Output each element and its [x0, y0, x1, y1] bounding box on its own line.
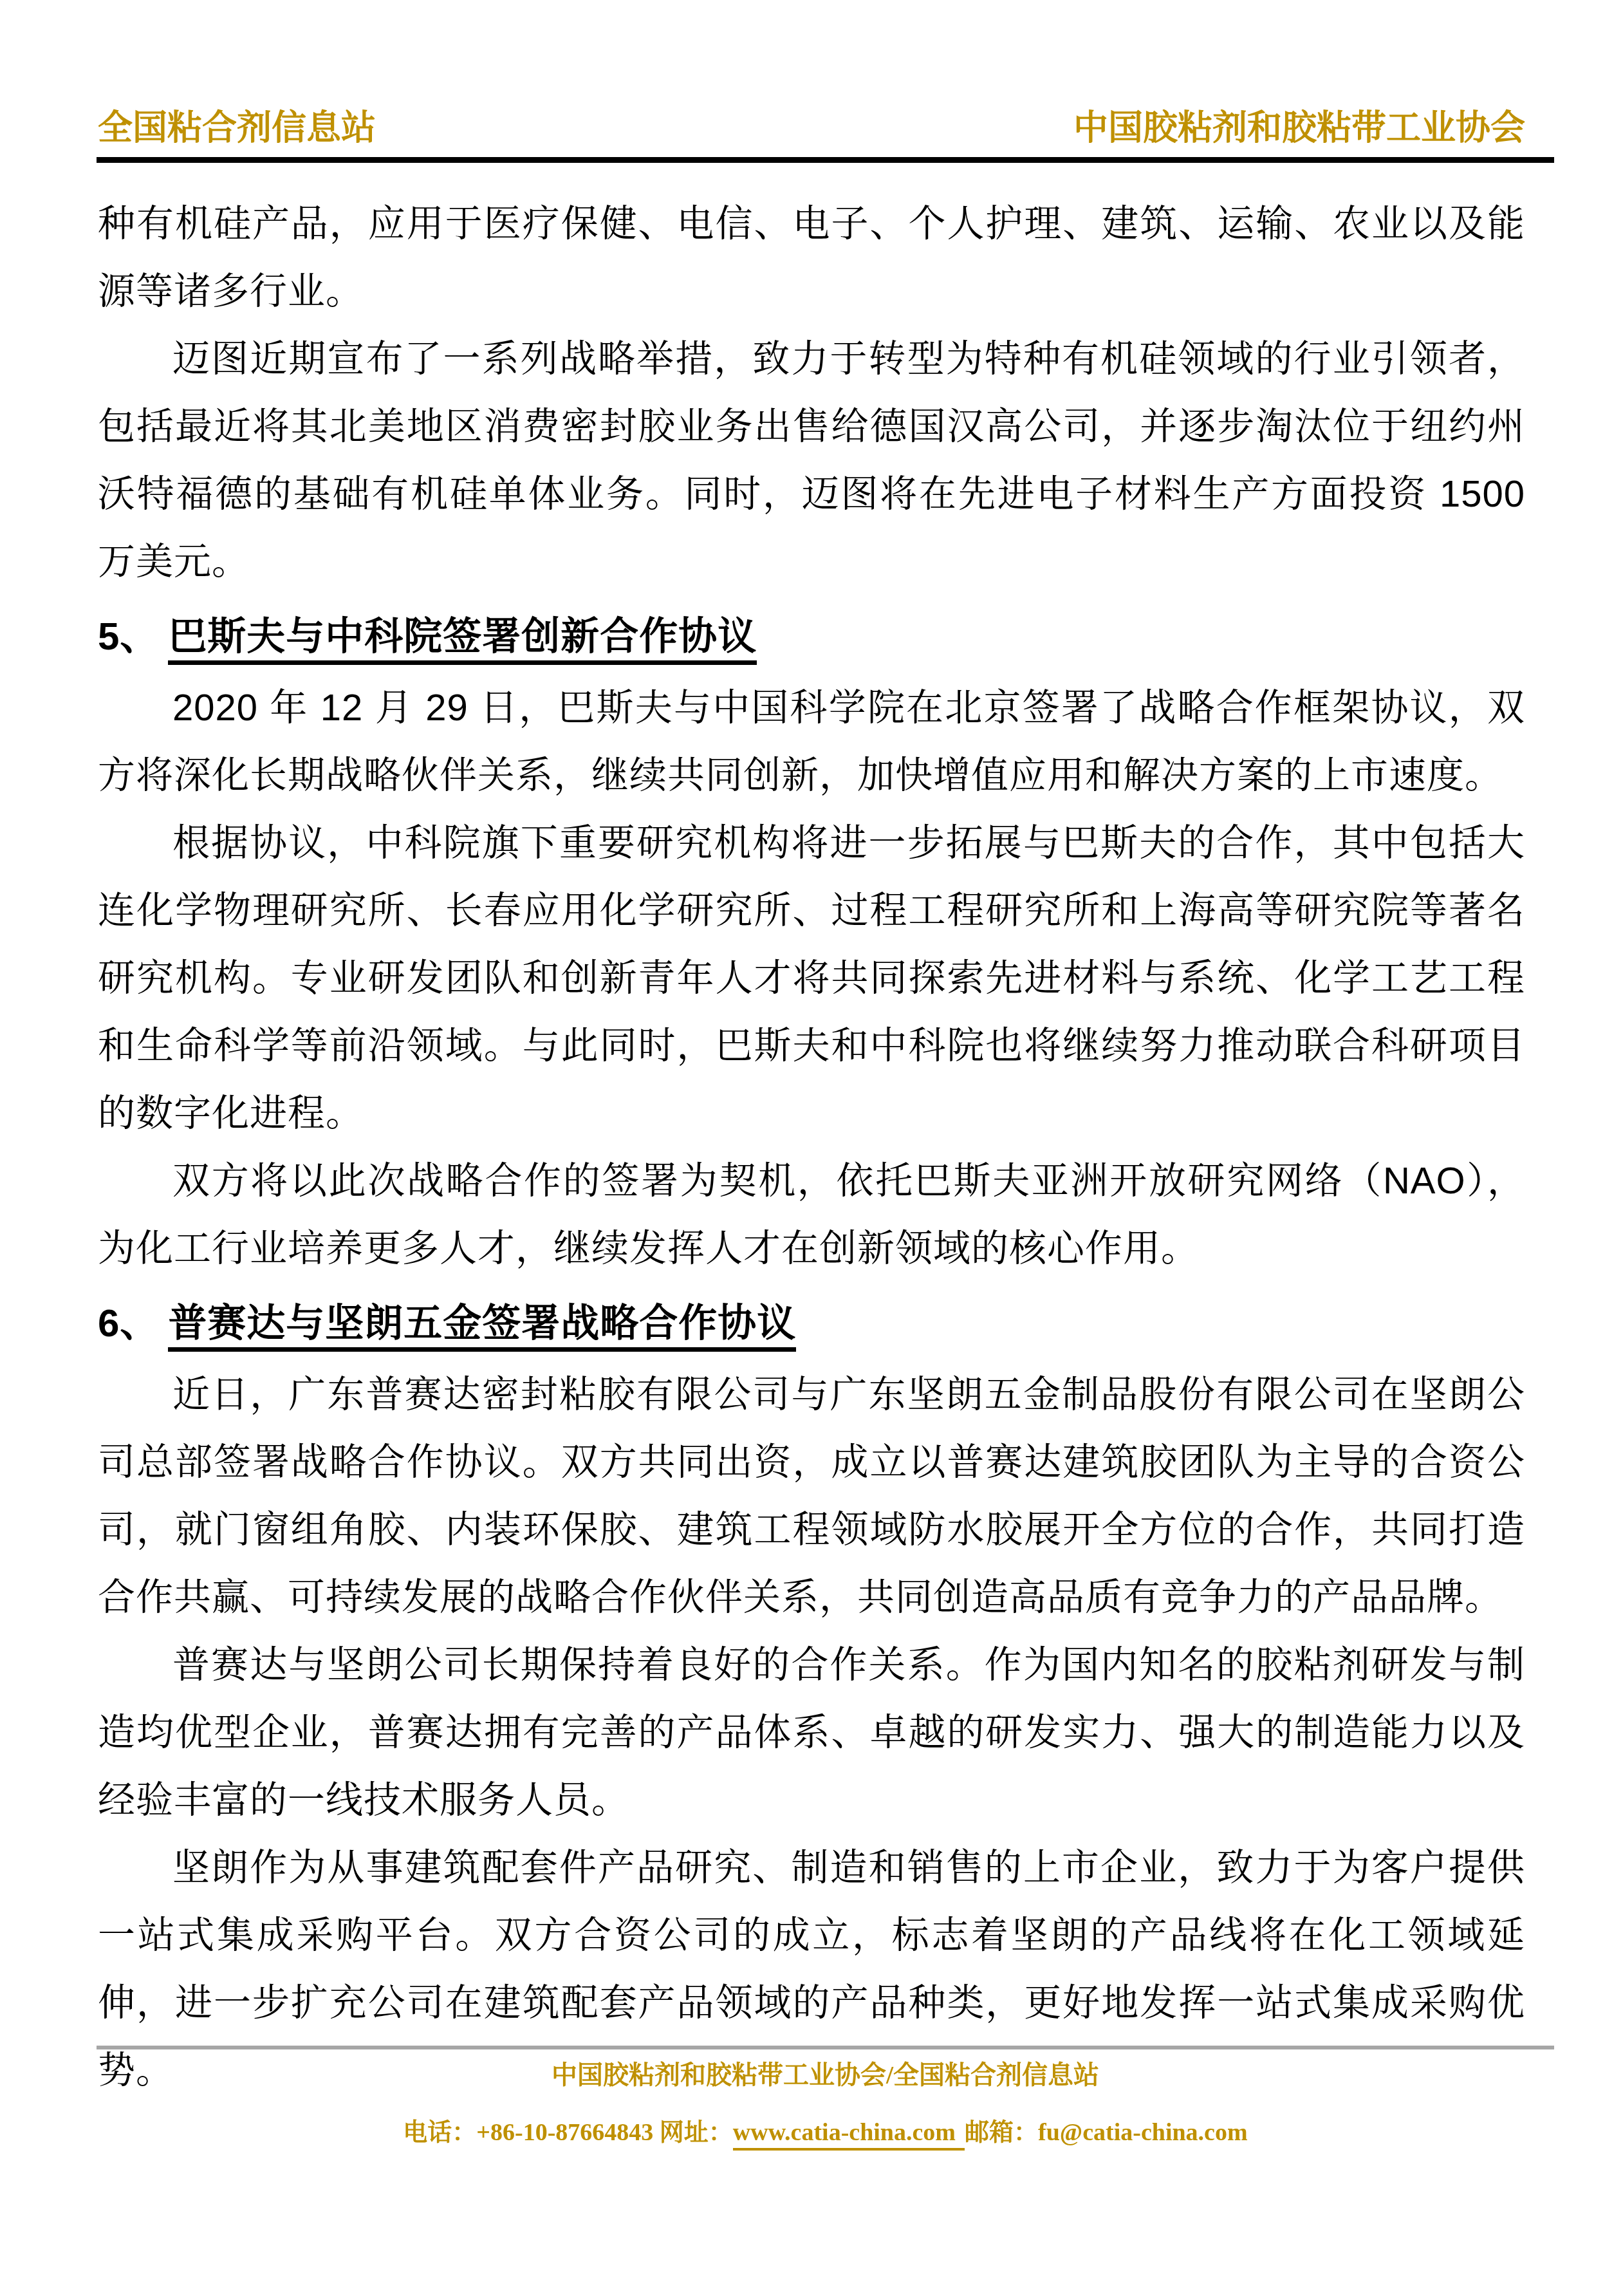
body-paragraph: 近日，广东普赛达密封粘胶有限公司与广东坚朗五金制品股份有限公司在坚朗公司总部签署… — [98, 1361, 1525, 1631]
body-paragraph: 普赛达与坚朗公司长期保持着良好的合作关系。作为国内知名的胶粘剂研发与制造均优型企… — [98, 1631, 1525, 1834]
header-left-title: 全国粘合剂信息站 — [98, 108, 376, 148]
document-body: 种有机硅产品，应用于医疗保健、电信、电子、个人护理、建筑、运输、农业以及能源等诸… — [98, 190, 1525, 2104]
footer-website-link[interactable]: www.catia-china.com — [733, 2119, 965, 2151]
footer-organization-line: 中国胶粘剂和胶粘带工业协会/全国粘合剂信息站 — [97, 2060, 1554, 2091]
page-footer: 中国胶粘剂和胶粘带工业协会/全国粘合剂信息站 电话：+86-10-8766484… — [97, 2046, 1554, 2147]
body-paragraph: 2020 年 12 月 29 日，巴斯夫与中国科学院在北京签署了战略合作框架协议… — [98, 674, 1525, 809]
body-paragraph: 种有机硅产品，应用于医疗保健、电信、电子、个人护理、建筑、运输、农业以及能源等诸… — [98, 190, 1525, 325]
body-paragraph: 根据协议，中科院旗下重要研究机构将进一步拓展与巴斯夫的合作，其中包括大连化学物理… — [98, 809, 1525, 1147]
section-6-title: 普赛达与坚朗五金签署战略合作协议 — [168, 1302, 796, 1352]
footer-contact-line: 电话：+86-10-87664843 网址：www.catia-china.co… — [97, 2118, 1554, 2147]
footer-email-value: fu@catia-china.com — [1038, 2119, 1248, 2146]
header-rule — [97, 157, 1554, 163]
page-header: 全国粘合剂信息站 中国胶粘剂和胶粘带工业协会 — [98, 0, 1525, 148]
header-right-title: 中国胶粘剂和胶粘带工业协会 — [1073, 108, 1525, 148]
body-paragraph: 迈图近期宣布了一系列战略举措，致力于转型为特种有机硅领域的行业引领者，包括最近将… — [98, 325, 1525, 595]
footer-rule — [97, 2046, 1554, 2049]
document-page: 全国粘合剂信息站 中国胶粘剂和胶粘带工业协会 种有机硅产品，应用于医疗保健、电信… — [0, 0, 1623, 2296]
section-5-title: 巴斯夫与中科院签署创新合作协议 — [168, 615, 757, 665]
section-6-number: 6、 — [98, 1302, 159, 1345]
section-6-heading: 6、普赛达与坚朗五金签署战略合作协议 — [98, 1294, 1525, 1353]
body-paragraph: 双方将以此次战略合作的签署为契机，依托巴斯夫亚洲开放研究网络（NAO），为化工行… — [98, 1147, 1525, 1282]
footer-phone-and-web-label: 电话：+86-10-87664843 网址： — [403, 2119, 732, 2146]
section-5-heading: 5、巴斯夫与中科院签署创新合作协议 — [98, 607, 1525, 666]
footer-email-label: 邮箱： — [965, 2119, 1038, 2146]
section-5-number: 5、 — [98, 615, 159, 658]
